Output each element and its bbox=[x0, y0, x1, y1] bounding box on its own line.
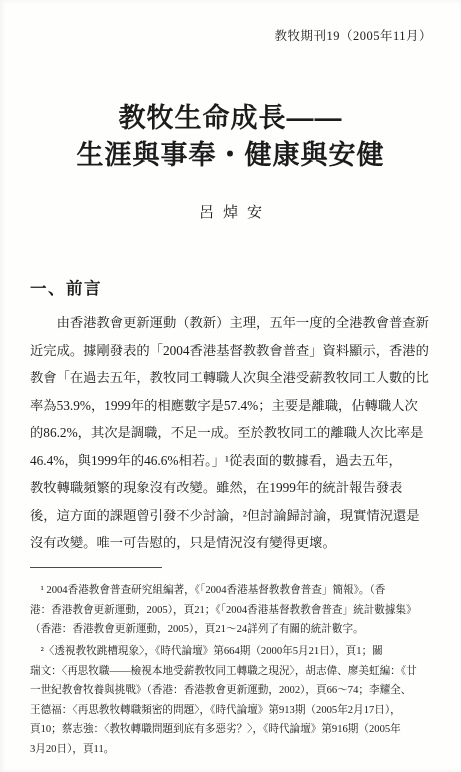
footnote-1: ¹ 2004香港教會普查研究組編著，《「2004香港基督教教會普查」簡報》。（香… bbox=[30, 581, 440, 640]
author-name: 呂焯安 bbox=[0, 201, 461, 222]
journal-page: 教牧期刊19（2005年11月） 教牧生命成長—— 生涯與事奉・健康與安健 呂焯… bbox=[0, 0, 461, 772]
article-title: 教牧生命成長—— 生涯與事奉・健康與安健 bbox=[0, 100, 461, 174]
footnote-separator bbox=[30, 567, 162, 568]
footnote-2: ²〈透視教牧跳槽現象〉，《時代論壇》第664期（2000年5月21日），頁1；關… bbox=[30, 642, 440, 759]
paragraph-text: 由香港教會更新運動（教新）主理，五年一度的全港教會普查新 近完成。據剛發表的「2… bbox=[30, 309, 436, 557]
journal-header: 教牧期刊19（2005年11月） bbox=[274, 26, 432, 44]
section-heading: 一、前言 bbox=[30, 275, 102, 299]
